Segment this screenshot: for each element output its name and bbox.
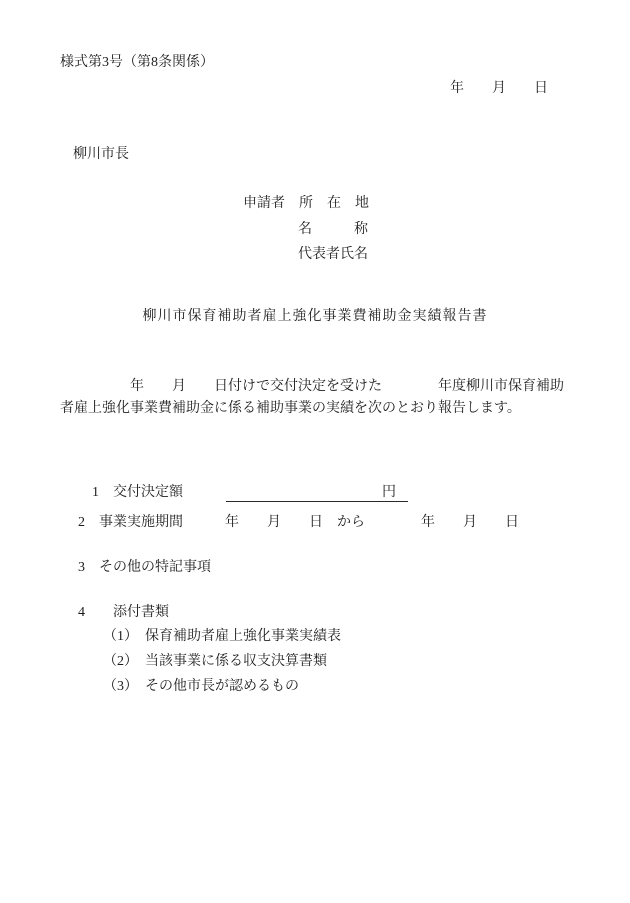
item-grant-amount-label: 1 交付決定額 (92, 485, 183, 500)
document-title: 柳川市保育補助者雇上強化事業費補助金実績報告書 (0, 308, 630, 325)
item-other-notes: 3 その他の特記事項 (78, 559, 211, 576)
item-grant-amount: 1 交付決定額円 (78, 467, 408, 519)
applicant-address-row: 申請者 所 在 地 (243, 195, 369, 212)
body-paragraph-line-1: 年 月 日付けで交付決定を受けた 年度柳川市保育補助 (130, 378, 564, 395)
issue-date-line: 年 月 日 (450, 80, 548, 97)
item-project-period: 2 事業実施期間 年 月 日 から 年 月 日 (78, 514, 519, 531)
applicant-representative-row: 代表者氏名 (298, 246, 368, 263)
body-paragraph-line-2: 者雇上強化事業費補助金に係る補助事業の実績を次のとおり報告します。 (60, 400, 521, 417)
document-page: 様式第3号（第8条関係） 年 月 日 柳川市長 申請者 所 在 地 名 称 代表… (0, 0, 630, 903)
attachment-item-1: （1） 保育補助者雇上強化事業実績表 (103, 628, 341, 645)
addressee: 柳川市長 (73, 146, 129, 163)
form-number: 様式第3号（第8条関係） (60, 54, 214, 71)
item-attachments-header: 4 添付書類 (78, 604, 169, 621)
applicant-name-row: 名 称 (298, 221, 368, 238)
grant-amount-blank-field: 円 (226, 484, 408, 502)
attachment-item-3: （3） その他市長が認めるもの (103, 678, 299, 695)
attachment-item-2: （2） 当該事業に係る収支決算書類 (103, 653, 327, 670)
